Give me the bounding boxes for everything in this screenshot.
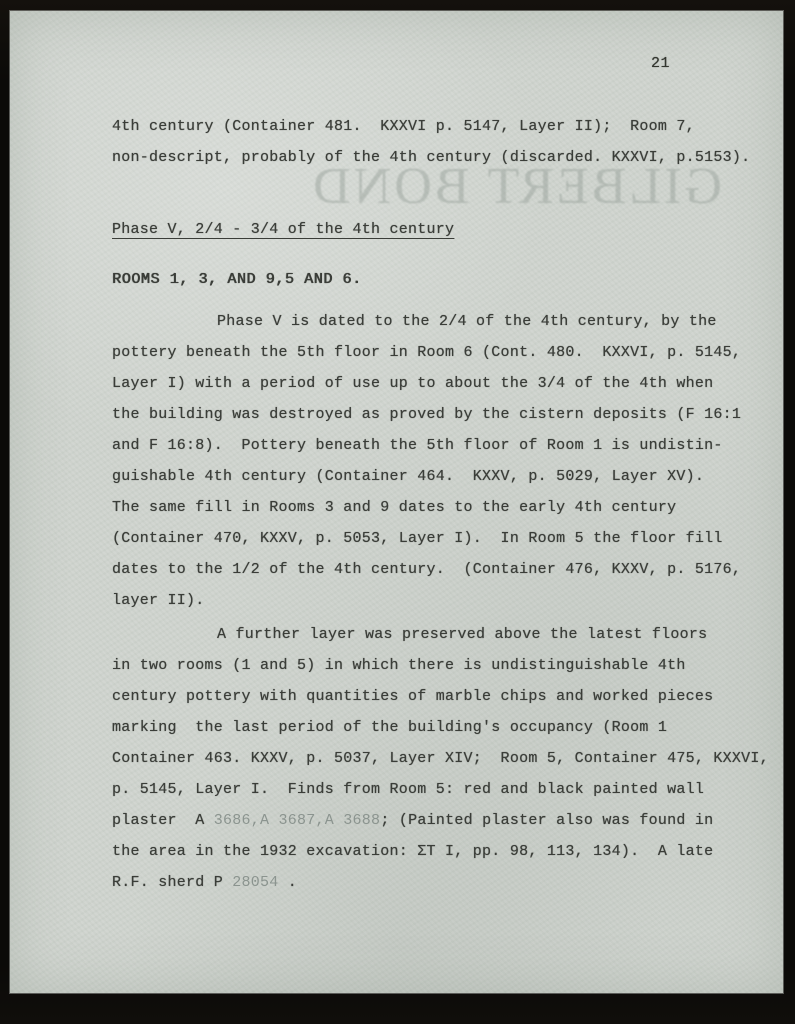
text-line: and F 16:8). Pottery beneath the 5th flo… xyxy=(112,430,741,461)
pencil-inserted-numbers: 28054 xyxy=(232,874,278,891)
text-line: century pottery with quantities of marbl… xyxy=(112,681,769,712)
document-page: GILBERT BOND 21 4th century (Container 4… xyxy=(10,11,783,993)
text-run: . xyxy=(279,874,298,891)
text-line: p. 5145, Layer I. Finds from Room 5: red… xyxy=(112,774,769,805)
text-line: Layer I) with a period of use up to abou… xyxy=(112,368,741,399)
text-line: (Container 470, KXXV, p. 5053, Layer I).… xyxy=(112,523,741,554)
pencil-inserted-numbers: 3686,A 3687,A 3688 xyxy=(214,812,381,829)
text-line: R.F. sherd P 28054 . xyxy=(112,867,769,898)
paragraph-1: Phase V is dated to the 2/4 of the 4th c… xyxy=(112,306,741,616)
text-line: Phase V is dated to the 2/4 of the 4th c… xyxy=(112,306,741,337)
text-line: layer II). xyxy=(112,585,741,616)
text-line: guishable 4th century (Container 464. KX… xyxy=(112,461,741,492)
page-number: 21 xyxy=(651,55,670,72)
text-line: the area in the 1932 excavation: ΣT I, p… xyxy=(112,836,769,867)
text-line: 4th century (Container 481. KXXVI p. 514… xyxy=(112,111,750,142)
paragraph-2: A further layer was preserved above the … xyxy=(112,619,769,898)
text-line: Container 463. KXXV, p. 5037, Layer XIV;… xyxy=(112,743,769,774)
text-line: the building was destroyed as proved by … xyxy=(112,399,741,430)
text-run: ; (Painted plaster also was found in xyxy=(380,812,713,829)
text-line: dates to the 1/2 of the 4th century. (Co… xyxy=(112,554,741,585)
rooms-subheading: ROOMS 1, 3, AND 9,5 AND 6. xyxy=(112,264,362,295)
intro-paragraph: 4th century (Container 481. KXXVI p. 514… xyxy=(112,111,750,173)
text-line: in two rooms (1 and 5) in which there is… xyxy=(112,650,769,681)
text-line: non-descript, probably of the 4th centur… xyxy=(112,142,750,173)
section-heading: Phase V, 2/4 - 3/4 of the 4th century xyxy=(112,214,454,245)
text-line: plaster A 3686,A 3687,A 3688; (Painted p… xyxy=(112,805,769,836)
text-run: plaster A xyxy=(112,812,214,829)
text-run: R.F. sherd P xyxy=(112,874,232,891)
rooms-subheading-text: ROOMS 1, 3, AND 9,5 AND 6. xyxy=(112,264,362,295)
text-line: pottery beneath the 5th floor in Room 6 … xyxy=(112,337,741,368)
section-heading-text: Phase V, 2/4 - 3/4 of the 4th century xyxy=(112,221,454,238)
text-line: marking the last period of the building'… xyxy=(112,712,769,743)
text-line: The same fill in Rooms 3 and 9 dates to … xyxy=(112,492,741,523)
text-line: A further layer was preserved above the … xyxy=(112,619,769,650)
